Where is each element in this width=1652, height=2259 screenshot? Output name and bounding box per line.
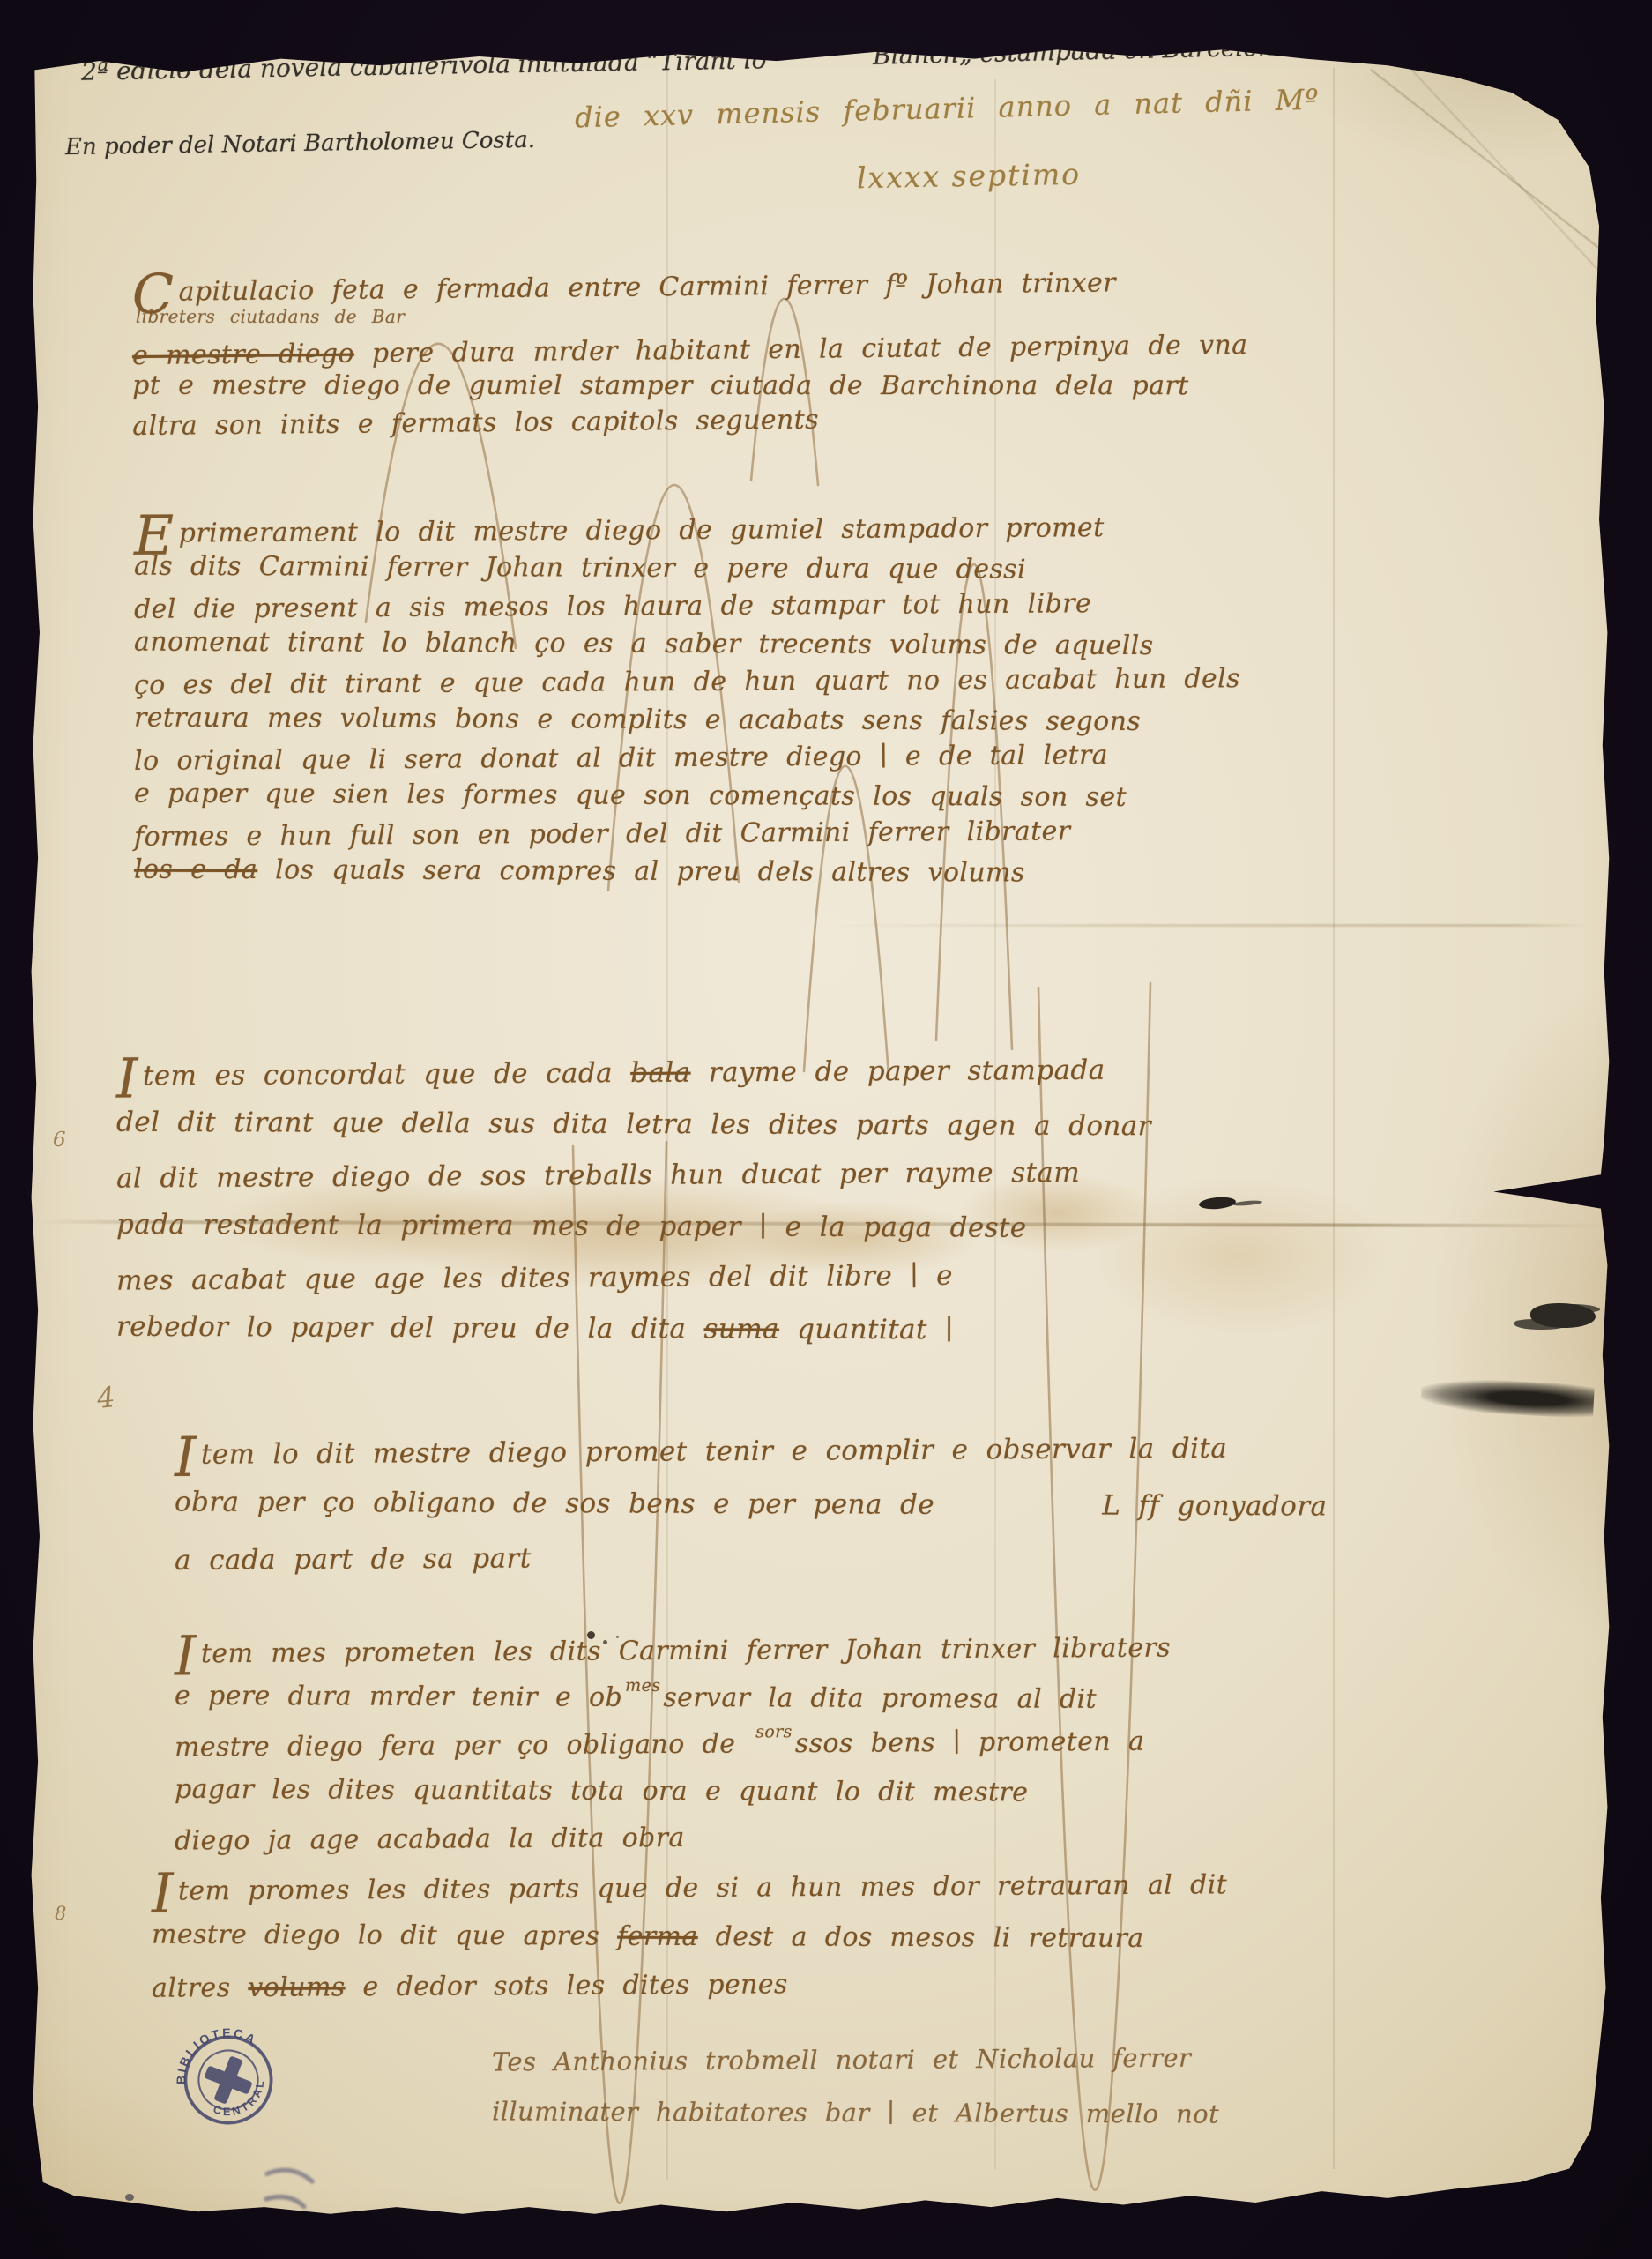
manuscript-text-segment: dest a dos mesos li retraura xyxy=(698,1921,1144,1954)
manuscript-line: ço es del dit tirant e que cada hun de h… xyxy=(134,660,1240,705)
manuscript-text-segment: tem es concordat que de cada xyxy=(143,1057,631,1092)
manuscript-text-segment: pagar les dites quantitats tota ora e qu… xyxy=(175,1774,1028,1808)
manuscript-text-segment: apitulacio feta e fermada entre Carmini … xyxy=(178,267,1116,307)
manuscript-text-segment: pada restadent la primera mes de paper ∣… xyxy=(116,1209,1027,1244)
manuscript-line: anomenat tirant lo blanch ço es a saber … xyxy=(134,623,1240,666)
manuscript-line: a cada part de sa part xyxy=(175,1527,1328,1587)
manuscript-text-segment: e paper que sien les formes que son come… xyxy=(134,779,1127,813)
manuscript-text-segment: tem promes les dites parts que de si a h… xyxy=(178,1869,1227,1906)
manuscript-line: retraura mes volums bons e complits e ac… xyxy=(134,699,1240,742)
manuscript-line: mestre diego fera per ço obligano de sor… xyxy=(175,1718,1171,1771)
manuscript-text-segment: al dit mestre diego de sos treballs hun … xyxy=(116,1157,1080,1195)
manuscript-line: mestre diego lo dit que apres ferma dest… xyxy=(152,1911,1227,1964)
manuscript-line: lo original que li sera donat al dit mes… xyxy=(134,735,1240,780)
struck-text: suma xyxy=(704,1313,779,1345)
manuscript-paragraph-5: Item mes prometen les dits Carmini ferre… xyxy=(175,1628,1171,1861)
manuscript-text-segment: tem lo dit mestre diego promet tenir e c… xyxy=(201,1433,1227,1471)
interlinear-word: sors xyxy=(755,1709,793,1756)
manuscript-text-segment: a cada part de sa part xyxy=(175,1543,532,1577)
manuscript-text-segment: quantitat ∣ xyxy=(779,1314,954,1346)
manuscript-text-segment: los quals sera compres al preu dels altr… xyxy=(257,854,1025,888)
manuscript-text-segment: primerament lo dit mestre diego de gumie… xyxy=(179,512,1105,548)
manuscript-text-segment: pt e mestre diego de gumiel stamper ciut… xyxy=(132,370,1188,401)
manuscript-line: pada restadent la primera mes de paper ∣… xyxy=(116,1199,1151,1255)
manuscript-line: altra son inits e fermats los capitols s… xyxy=(132,399,1248,444)
manuscript-text-segment: ço es del dit tirant e que cada hun de h… xyxy=(134,663,1240,701)
manuscript-text-segment: rebedor lo paper del preu de la dita xyxy=(116,1311,704,1346)
manuscript-line: del dit tirant que della sus dita letra … xyxy=(116,1097,1151,1152)
manuscript-paragraph-1: Capitulacio feta e fermada entre Carmini… xyxy=(132,268,1248,441)
manuscript-line: e pere dura mrder tenir e obmesservar la… xyxy=(175,1673,1171,1723)
manuscript-line: formes e hun full son en poder del dit C… xyxy=(134,811,1240,856)
manuscript-text-segment: obra per ço obligano de sos bens e per p… xyxy=(175,1486,952,1520)
manuscript-text-segment: pere dura mrder habitant en la ciutat de… xyxy=(354,330,1248,369)
manuscript-text-segment: altres xyxy=(152,1972,249,2004)
manuscript-line: als dits Carmini ferrer Johan trinxer e … xyxy=(134,548,1240,590)
manuscript-line: rebedor lo paper del preu de la dita sum… xyxy=(116,1301,1151,1357)
manuscript-text-segment xyxy=(952,1514,1102,1515)
manuscript-text-segment: illuminater habitatores bar ∣ et Albertu… xyxy=(492,2096,1219,2129)
manuscript-text-segment: e pere dura mrder tenir e ob xyxy=(175,1681,622,1713)
manuscript-line: pt e mestre diego de gumiel stamper ciut… xyxy=(132,369,1248,404)
manuscript-text-segment: rayme de paper stampada xyxy=(690,1055,1105,1089)
manuscript-paragraph-7: Tes Anthonius trobmell notari et Nichola… xyxy=(492,2033,1219,2139)
interlinear-word: mes xyxy=(625,1663,660,1710)
manuscript-line: Capitulacio feta e fermada entre Carmini… xyxy=(132,265,1248,310)
manuscript-line: Tes Anthonius trobmell notari et Nichola… xyxy=(492,2031,1219,2088)
manuscript-paragraph-4: Item lo dit mestre diego promet tenir e … xyxy=(175,1425,1327,1584)
manuscript-paragraph-6: Item promes les dites parts que de si a … xyxy=(152,1864,1227,2009)
manuscript-line: pagar les dites quantitats tota ora e qu… xyxy=(175,1766,1171,1816)
manuscript-line: Item es concordat que de cada bala rayme… xyxy=(116,1044,1151,1101)
manuscript-line: altres volums e dedor sots les dites pen… xyxy=(152,1957,1227,2012)
manuscript-text-segment: servar la dita promesa al dit xyxy=(663,1682,1097,1715)
manuscript-line: Item promes les dites parts que de si a … xyxy=(152,1860,1227,1915)
manuscript-line: Eprimerament lo dit mestre diego de gumi… xyxy=(134,508,1240,553)
manuscript-line: illuminater habitatores bar ∣ et Albertu… xyxy=(492,2084,1219,2140)
manuscript-text-segment: Tes Anthonius trobmell notari et Nichola… xyxy=(492,2043,1191,2077)
manuscript-line: los e da los quals sera compres al preu … xyxy=(134,851,1240,893)
manuscript-text-segment: mes acabat que age les dites raymes del … xyxy=(116,1260,953,1297)
manuscript-text: Capitulacio feta e fermada entre Carmini… xyxy=(0,0,1652,2259)
manuscript-paragraph-3: Item es concordat que de cada bala rayme… xyxy=(116,1047,1151,1354)
manuscript-page: 2ª edició dela novela caballerivola inti… xyxy=(0,0,1652,2259)
manuscript-line: Item lo dit mestre diego promet tenir e … xyxy=(175,1421,1328,1481)
manuscript-text-segment: lo original que li sera donat al dit mes… xyxy=(134,740,1108,777)
manuscript-line: al dit mestre diego de sos treballs hun … xyxy=(116,1146,1151,1204)
struck-text: bala xyxy=(630,1057,691,1089)
manuscript-text-segment: del die present a sis mesos los haura de… xyxy=(134,588,1091,625)
manuscript-line: e mestre diego pere dura mrder habitant … xyxy=(132,328,1248,374)
manuscript-line: e paper que sien les formes que son come… xyxy=(134,775,1240,817)
manuscript-text-segment: ssos bens ∣ prometen a xyxy=(795,1726,1145,1759)
manuscript-text-segment: tem mes prometen les dits Carmini ferrer… xyxy=(201,1633,1171,1670)
manuscript-text-segment: e dedor sots les dites penes xyxy=(345,1969,787,2002)
manuscript-text-segment: L ff gonyadora xyxy=(1102,1490,1327,1523)
manuscript-text-segment: retraura mes volums bons e complits e ac… xyxy=(134,703,1141,737)
photograph-background: 2ª edició dela novela caballerivola inti… xyxy=(0,0,1652,2259)
manuscript-line: mes acabat que age les dites raymes del … xyxy=(116,1249,1151,1306)
manuscript-text-segment: libreters ciutadans de Bar xyxy=(136,306,405,327)
manuscript-text-segment: formes e hun full son en poder del dit C… xyxy=(134,816,1071,852)
manuscript-line: del die present a sis mesos los haura de… xyxy=(134,584,1240,629)
manuscript-text-segment: diego ja age acabada la dita obra xyxy=(175,1823,685,1857)
struck-text: volums xyxy=(248,1972,345,2003)
manuscript-text-segment: als dits Carmini ferrer Johan trinxer e … xyxy=(134,551,1026,585)
manuscript-paragraph-2: Eprimerament lo dit mestre diego de gumi… xyxy=(134,511,1240,891)
manuscript-line: diego ja age acabada la dita obra xyxy=(175,1812,1171,1865)
manuscript-text-segment: mestre diego fera per ço obligano de xyxy=(175,1728,753,1763)
struck-text: ferma xyxy=(617,1921,698,1952)
manuscript-text-segment: altra son inits e fermats los capitols s… xyxy=(132,405,819,442)
manuscript-line: Item mes prometen les dits Carmini ferre… xyxy=(175,1625,1171,1678)
manuscript-text-segment: del dit tirant que della sus dita letra … xyxy=(116,1107,1151,1143)
manuscript-text-segment: anomenat tirant lo blanch ço es a saber … xyxy=(134,627,1154,661)
manuscript-text-segment: mestre diego lo dit que apres xyxy=(152,1920,617,1952)
struck-text: los e da xyxy=(134,854,257,886)
manuscript-line: obra per ço obligano de sos bens e per p… xyxy=(175,1475,1328,1532)
struck-text: e mestre diego xyxy=(132,339,354,371)
